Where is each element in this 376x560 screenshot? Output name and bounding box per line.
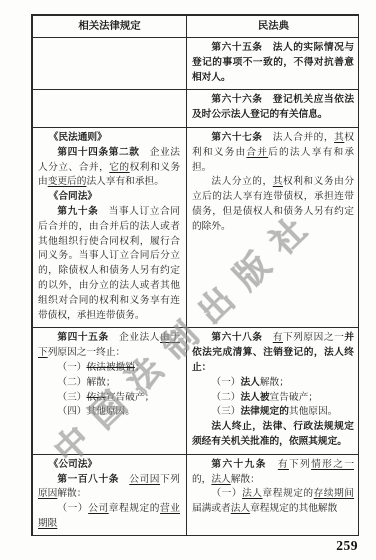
text-segment: 法人享有和承担。 <box>86 176 164 187</box>
text-segment: 法人分立的， <box>211 176 272 187</box>
text-segment: 届满或者 <box>192 503 231 514</box>
text-segment: 宣告破产； <box>106 392 154 403</box>
text-segment: 变更后的 <box>48 176 87 187</box>
paragraph: （三）依法宣告破产； <box>38 391 180 406</box>
paragraph: （三）法律规定的其他原因。 <box>192 405 354 420</box>
paragraph: 《公司法》 <box>38 458 180 473</box>
text-segment: 合并 <box>246 147 268 158</box>
text-segment: 的， <box>192 474 211 485</box>
old-law-cell <box>33 90 187 128</box>
civil-code-cell: 第六十六条 登记机关应当依法及时公示法人登记的有关信息。 <box>187 90 360 128</box>
paragraph: （四）其他原因。 <box>38 405 180 420</box>
text-segment: 其他原因。 <box>289 406 337 417</box>
text-segment: （二） <box>211 392 240 403</box>
text-segment: （四）其他原因。 <box>57 406 135 417</box>
paragraph: 第六十五条 法人的实际情况与登记的事项不一致的，不得对抗善意相对人。 <box>192 41 354 85</box>
paragraph: 第九十条 当事人订立合同后合并的，由合并后的法人或者其他组织行使合同权利，履行合… <box>38 205 180 323</box>
text-segment: 法人终止，法律、行政法规规定须经有关机关批准的，依照其规定。 <box>192 421 354 447</box>
paragraph: （一）依法被撤销； <box>38 361 180 376</box>
text-segment: 第六十六条 <box>211 94 272 105</box>
old-law-cell: 第四十五条 企业法人由于下列原因之一终止：（一）依法被撤销；（二）解散；（三）依… <box>33 328 187 454</box>
text-segment: 第六十九条 <box>211 459 277 470</box>
text-segment: 第六十七条 <box>211 132 272 143</box>
paragraph: 《民法通则》 <box>38 131 180 146</box>
text-segment: 公司 <box>88 503 109 514</box>
old-law-cell: 《民法通则》第四十四条第二款 企业法人分立、合并，它的权利和义务由变更后的法人享… <box>33 127 187 327</box>
old-law-cell <box>33 38 187 90</box>
civil-code-cell: 第六十九条 有下列情形之一的，法人解散：（一）法人章程规定的存续期间届满或者法人… <box>187 454 360 536</box>
header-row: 相关法律规定民法典 <box>33 16 360 38</box>
header-cell-1: 民法典 <box>187 16 360 38</box>
text-segment: 法人 <box>231 503 250 514</box>
text-segment: 法律规定的 <box>240 406 288 417</box>
text-segment: （一） <box>211 377 240 388</box>
text-segment: 第四十五条 <box>57 332 119 343</box>
text-segment: 《民法通则》 <box>49 132 107 143</box>
text-segment: 依法 <box>86 392 105 403</box>
page-number: 259 <box>336 538 358 554</box>
text-segment: 其 <box>273 176 283 187</box>
text-segment: 法人 <box>240 377 259 388</box>
text-segment: 下列原因之一 <box>283 332 344 343</box>
text-segment: （一） <box>57 362 86 373</box>
paragraph: 法人终止，法律、行政法规规定须经有关机关批准的，依照其规定。 <box>192 420 354 450</box>
text-segment: 第六十八条 <box>211 332 272 343</box>
table-row: 第四十五条 企业法人由于下列原因之一终止：（一）依法被撤销；（二）解散；（三）依… <box>33 328 360 454</box>
text-segment: （一） <box>57 503 88 514</box>
text-segment: 有 <box>273 332 283 343</box>
text-segment: 章程规定的 <box>109 503 160 514</box>
text-segment: （三） <box>211 406 240 417</box>
civil-code-cell: 第六十八条 有下列原因之一并依法完成清算、注销登记的，法人终止：（一）法人解散；… <box>187 328 360 454</box>
text-segment: 它的 <box>109 162 129 173</box>
old-law-cell: 《公司法》第一百八十条 公司因下列原因解散：（一）公司章程规定的营业期限 <box>33 454 187 536</box>
text-segment: 第六十五条 <box>211 42 272 53</box>
table-body: 第六十五条 法人的实际情况与登记的事项不一致的，不得对抗善意相对人。第六十六条 … <box>33 38 360 537</box>
text-segment: 第四十四条第二款 <box>57 147 149 158</box>
text-segment: 宣告破产； <box>270 392 318 403</box>
paragraph: 第一百八十条 公司因下列原因解散： <box>38 473 180 503</box>
text-segment: 依法被撤销 <box>86 362 134 373</box>
text-segment: 第九十条 <box>57 206 108 217</box>
text-segment: 解散： <box>231 474 260 485</box>
text-segment: 企业法人 <box>119 332 160 343</box>
paragraph: （一）公司章程规定的营业期限 <box>38 502 180 532</box>
text-segment: 列原因之一终止： <box>48 347 126 358</box>
paragraph: （一）法人章程规定的存续期间届满或者法人章程规定的其他解散 <box>192 487 354 517</box>
text-segment: （一） <box>211 488 242 499</box>
text-segment: 法人 <box>211 474 230 485</box>
text-segment: （三） <box>57 392 86 403</box>
header-cell-0: 相关法律规定 <box>33 16 187 38</box>
paragraph: （一）法人解散； <box>192 376 354 391</box>
text-segment: 法人合并的， <box>273 132 334 143</box>
paragraph: 《合同法》 <box>38 190 180 205</box>
table-row: 第六十五条 法人的实际情况与登记的事项不一致的，不得对抗善意相对人。 <box>33 38 360 90</box>
text-segment: 《公司法》 <box>49 459 97 470</box>
text-segment: 《合同法》 <box>49 191 97 202</box>
text-segment: 下列 <box>160 474 180 485</box>
text-segment: （二）解散； <box>57 377 115 388</box>
paragraph: 第六十九条 有下列情形之一的，法人解散： <box>192 458 354 488</box>
table-row: 第六十六条 登记机关应当依法及时公示法人登记的有关信息。 <box>33 90 360 128</box>
paragraph: 第六十七条 法人合并的，其权利和义务由合并后的法人享有和承担。 <box>192 131 354 175</box>
text-segment: 第一百八十条 <box>57 474 129 485</box>
text-segment: 公司因 <box>129 474 160 485</box>
civil-code-cell: 第六十五条 法人的实际情况与登记的事项不一致的，不得对抗善意相对人。 <box>187 38 360 90</box>
book-page: 中国法制出版社 相关法律规定民法典 第六十五条 法人的实际情况与登记的事项不一致… <box>0 0 376 560</box>
text-segment: 法人被 <box>240 392 269 403</box>
text-segment: 当事人订立合同后合并的，由合并后的法人或者其他组织行使合同权利，履行合同义务。当… <box>38 206 180 321</box>
civil-code-cell: 第六十七条 法人合并的，其权利和义务由合并后的法人享有和承担。法人分立的，其权利… <box>187 127 360 327</box>
paragraph: 第六十八条 有下列原因之一并依法完成清算、注销登记的，法人终止： <box>192 331 354 375</box>
comparison-table-wrap: 相关法律规定民法典 第六十五条 法人的实际情况与登记的事项不一致的，不得对抗善意… <box>31 14 359 536</box>
text-segment: 章程规定的其他解散 <box>250 503 337 514</box>
text-segment: ； <box>135 362 145 373</box>
paragraph: 第四十四条第二款 企业法人分立、合并，它的权利和义务由变更后的法人享有和承担。 <box>38 146 180 190</box>
text-segment: 情形之一 <box>311 459 354 470</box>
table-row: 《民法通则》第四十四条第二款 企业法人分立、合并，它的权利和义务由变更后的法人享… <box>33 127 360 327</box>
text-segment: 存续期间 <box>314 488 354 499</box>
paragraph: （二）解散； <box>38 376 180 391</box>
text-segment: 有 <box>278 459 289 470</box>
text-segment: 章程规定的 <box>263 488 314 499</box>
paragraph: （二）法人被宣告破产； <box>192 391 354 406</box>
paragraph: 法人分立的，其权利和义务由分立后的法人享有连带债权，承担连带债务，但是债权人和债… <box>192 175 354 234</box>
text-segment: 原因 <box>38 488 57 499</box>
comparison-table: 相关法律规定民法典 第六十五条 法人的实际情况与登记的事项不一致的，不得对抗善意… <box>32 15 359 536</box>
paragraph: 第六十六条 登记机关应当依法及时公示法人登记的有关信息。 <box>192 93 354 123</box>
text-segment: 下列 <box>289 459 311 470</box>
text-segment: 法人 <box>242 488 262 499</box>
text-segment: 其 <box>334 132 344 143</box>
text-segment: 解散： <box>57 488 86 499</box>
text-segment: 解散； <box>260 377 289 388</box>
paragraph: 第四十五条 企业法人由于下列原因之一终止： <box>38 331 180 361</box>
table-row: 《公司法》第一百八十条 公司因下列原因解散：（一）公司章程规定的营业期限第六十九… <box>33 454 360 536</box>
table-header: 相关法律规定民法典 <box>33 16 360 38</box>
